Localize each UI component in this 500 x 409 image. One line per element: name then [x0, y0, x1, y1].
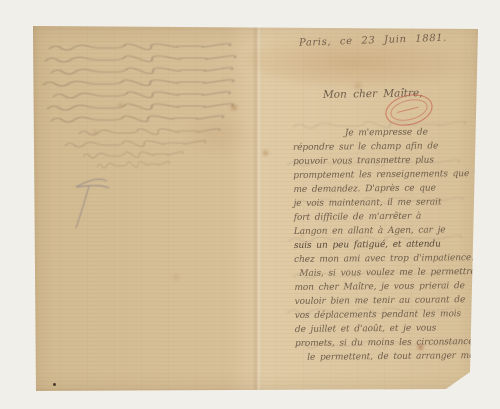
showthrough-writing-left: [39, 39, 279, 249]
letter-body: Je m'empresse de répondre sur le champ a…: [293, 125, 477, 365]
letter-paper: Paris, ce 23 Juin 1881. Mon cher Maître,…: [33, 25, 479, 392]
letter-line: vos déplacements pendant les mois: [295, 307, 477, 323]
foxing-spot: [171, 273, 181, 282]
scan-background: Paris, ce 23 Juin 1881. Mon cher Maître,…: [0, 0, 500, 409]
speck: [53, 383, 56, 386]
letter-line: le permettent, de tout arranger mon: [295, 349, 477, 365]
dateline: Paris, ce 23 Juin 1881.: [299, 31, 459, 51]
letter-line: promptement les renseignements que vous: [293, 167, 475, 183]
pencil-ghost-signature: [76, 179, 109, 228]
